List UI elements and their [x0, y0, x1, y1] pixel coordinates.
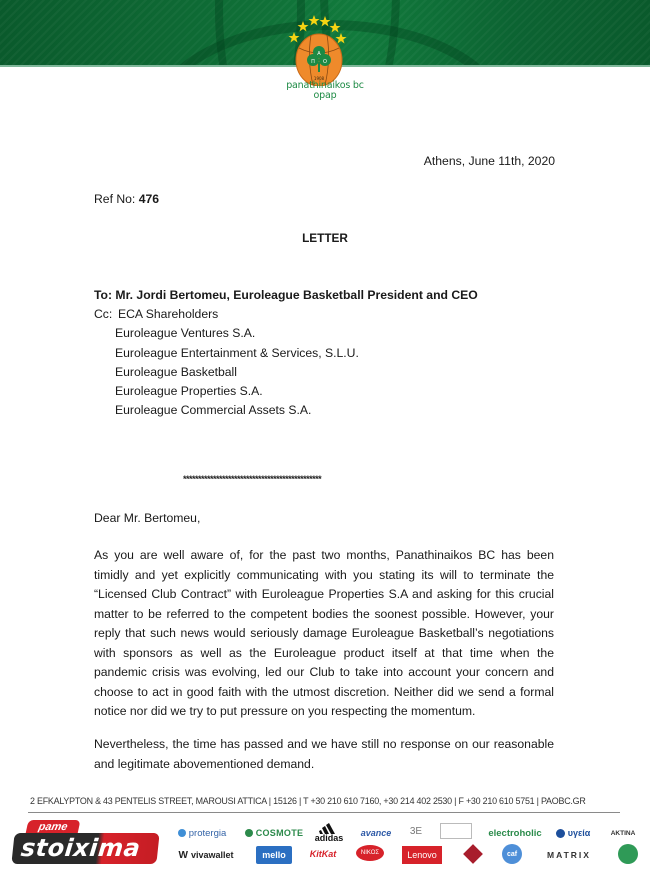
diamond-icon [463, 844, 483, 864]
sponsor-3e: 3E [406, 822, 426, 840]
salutation: Dear Mr. Bertomeu, [94, 511, 200, 525]
svg-text:Π: Π [311, 59, 315, 65]
sponsor-frames-logo [440, 823, 472, 839]
sponsor-caf: caf [502, 844, 522, 864]
sponsor-ygeia: υγεία [553, 824, 593, 842]
sponsor-electroholic: electroholic [485, 824, 545, 842]
svg-text:Ο: Ο [323, 59, 327, 65]
sponsor-lenovo: Lenovo [402, 846, 442, 864]
cc-recipient: Euroleague Commercial Assets S.A. [94, 401, 478, 420]
to-line: To: Mr. Jordi Bertomeu, Euroleague Baske… [94, 286, 478, 305]
sponsor-logos: protergia COSMOTE adidas avance 3E elect… [170, 822, 645, 872]
body-paragraph: As you are well aware of, for the past t… [94, 546, 554, 722]
club-name: panathinaikos bc opap [250, 81, 400, 101]
svg-text:Α: Α [317, 51, 321, 57]
body-paragraph: Nevertheless, the time has passed and we… [94, 735, 554, 774]
cc-line: Cc: ECA Shareholders [94, 305, 478, 324]
main-sponsor-logo: pame stoixima [13, 820, 158, 866]
cosmote-icon [245, 829, 253, 837]
sponsor-matrix: MATRIX [538, 846, 600, 864]
cc-recipient: Euroleague Basketball [94, 363, 478, 382]
reference-number: Ref No: 476 [94, 192, 159, 206]
addressee-block: To: Mr. Jordi Bertomeu, Euroleague Baske… [94, 286, 478, 420]
sponsor-green-roundel [618, 844, 638, 864]
sponsor-kitkat: KitKat [310, 845, 336, 863]
ref-value: 476 [139, 192, 159, 206]
vivawallet-icon: W [179, 850, 188, 861]
footer-address: 2 EFKALYPTON & 43 PENTELIS STREET, MAROU… [30, 796, 581, 807]
cc-recipient: Euroleague Ventures S.A. [94, 324, 478, 343]
sponsor-protergia: protergia [172, 824, 232, 842]
ref-label: Ref No: [94, 192, 135, 206]
main-sponsor-top: pame [26, 820, 81, 834]
cc-recipient: Euroleague Properties S.A. [94, 382, 478, 401]
basketball-crest-icon: Α Π Ο 1908 [283, 8, 363, 86]
sponsor-avance: avance [356, 824, 396, 842]
letter-title: LETTER [0, 231, 650, 245]
cc-label: Cc: [94, 305, 114, 324]
asterisk-separator: ****************************************… [183, 473, 473, 485]
sponsor-diamond-logo [462, 843, 484, 865]
cc-recipient: ECA Shareholders [114, 305, 218, 324]
sponsor-aktina: AKTINA [606, 824, 640, 842]
letter-date: Athens, June 11th, 2020 [405, 154, 555, 168]
ygeia-icon [556, 829, 565, 838]
protergia-icon [178, 829, 186, 837]
cc-recipient: Euroleague Entertainment & Services, S.L… [94, 344, 478, 363]
club-name-line2: opap [250, 91, 400, 101]
sponsor-vivawallet: W vivawallet [172, 846, 240, 864]
footer-divider [28, 812, 620, 813]
sponsor-mello: mello [256, 846, 292, 864]
sponsor-cosmote: COSMOTE [242, 824, 306, 842]
main-sponsor-name: stoixima [11, 833, 159, 864]
sponsor-adidas: adidas [312, 822, 346, 844]
sponsor-nikos: ΝΙΚΟΣ [356, 845, 384, 861]
